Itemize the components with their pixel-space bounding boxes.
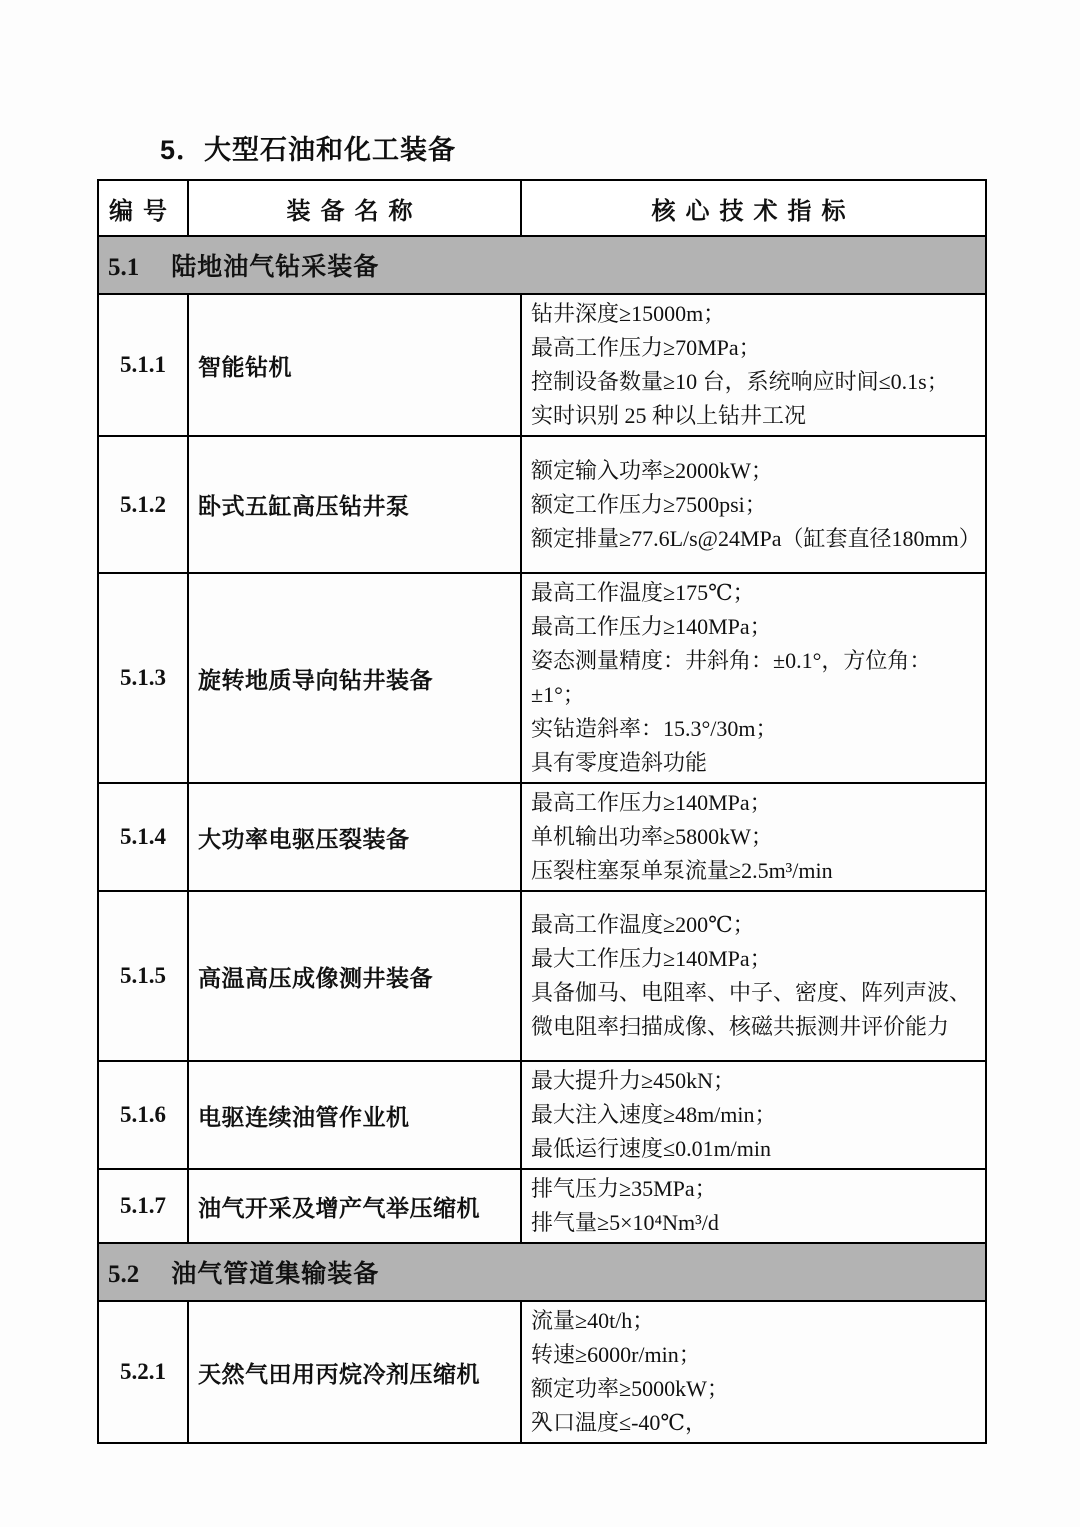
column-header-specs: 核心技术指标: [521, 180, 986, 236]
spec-line: 最高工作压力≥140MPa；: [531, 610, 979, 644]
section-row-5-1: 5.1陆地油气钻采装备: [98, 236, 986, 294]
column-header-name: 装备名称: [188, 180, 521, 236]
section-id: 5.2: [108, 1261, 139, 1288]
equipment-name: 高温高压成像测井装备: [188, 891, 521, 1061]
section-title: 陆地油气钻采装备: [171, 253, 379, 281]
spec-cell: 额定输入功率≥2000kW； 额定工作压力≥7500psi； 额定排量≥77.6…: [521, 436, 986, 573]
spec-cell: 最高工作压力≥140MPa； 单机输出功率≥5800kW； 压裂柱塞泵单泵流量≥…: [521, 783, 986, 891]
table-row-5-1-4: 5.1.4 大功率电驱压裂装备 最高工作压力≥140MPa； 单机输出功率≥58…: [98, 783, 986, 891]
spec-line: 额定输入功率≥2000kW；: [531, 454, 979, 488]
section-id: 5.1: [108, 254, 139, 281]
spec-line: 最高工作压力≥140MPa；: [531, 786, 979, 820]
spec-cell: 排气压力≥35MPa； 排气量≥5×10⁴Nm³/d: [521, 1169, 986, 1243]
table-row-5-1-7: 5.1.7 油气开采及增产气举压缩机 排气压力≥35MPa； 排气量≥5×10⁴…: [98, 1169, 986, 1243]
section-row-5-2: 5.2油气管道集输装备: [98, 1243, 986, 1301]
table-row-5-1-1: 5.1.1 智能钻机 钻井深度≥15000m； 最高工作压力≥70MPa； 控制…: [98, 294, 986, 436]
row-id: 5.1.7: [98, 1169, 188, 1243]
row-id: 5.1.6: [98, 1061, 188, 1169]
row-id: 5.1.3: [98, 573, 188, 783]
spec-line: 钻井深度≥15000m；: [531, 297, 979, 331]
row-id: 5.1.5: [98, 891, 188, 1061]
spec-line: 压裂柱塞泵单泵流量≥2.5m³/min: [531, 854, 979, 888]
spec-line: 具有零度造斜功能: [531, 746, 979, 780]
spec-line: 控制设备数量≥10 台，系统响应时间≤0.1s；: [531, 365, 979, 399]
equipment-name: 电驱连续油管作业机: [188, 1061, 521, 1169]
column-header-id: 编号: [98, 180, 188, 236]
page-title: 5．大型石油和化工装备: [160, 128, 1080, 167]
spec-line: 额定功率≥5000kW；: [531, 1372, 979, 1406]
equipment-name: 油气开采及增产气举压缩机: [188, 1169, 521, 1243]
spec-cell: 最高工作温度≥200℃； 最大工作压力≥140MPa； 具备伽马、电阻率、中子、…: [521, 891, 986, 1061]
equipment-name: 智能钻机: [188, 294, 521, 436]
spec-line: 实钻造斜率：15.3°/30m；: [531, 712, 979, 746]
spec-cell: 钻井深度≥15000m； 最高工作压力≥70MPa； 控制设备数量≥10 台，系…: [521, 294, 986, 436]
spec-line: 最大注入速度≥48m/min；: [531, 1098, 979, 1132]
spec-line: 最大工作压力≥140MPa；: [531, 942, 979, 976]
spec-line: 排气压力≥35MPa；: [531, 1172, 979, 1206]
spec-line: 额定工作压力≥7500psi；: [531, 488, 979, 522]
equipment-spec-table: 编号 装备名称 核心技术指标 5.1陆地油气钻采装备 5.1.1 智能钻机 钻井…: [97, 179, 987, 1444]
table-row-5-1-3: 5.1.3 旋转地质导向钻井装备 最高工作温度≥175℃； 最高工作压力≥140…: [98, 573, 986, 783]
spec-line: 最高工作温度≥175℃；: [531, 576, 979, 610]
spec-line: 最大提升力≥450kN；: [531, 1064, 979, 1098]
spec-line: 实时识别 25 种以上钻井工况: [531, 399, 979, 433]
section-title: 油气管道集输装备: [171, 1260, 379, 1288]
row-id: 5.1.4: [98, 783, 188, 891]
equipment-name: 旋转地质导向钻井装备: [188, 573, 521, 783]
table-row-5-1-5: 5.1.5 高温高压成像测井装备 最高工作温度≥200℃； 最大工作压力≥140…: [98, 891, 986, 1061]
spec-line: 具备伽马、电阻率、中子、密度、阵列声波、微电阻率扫描成像、核磁共振测井评价能力: [531, 976, 979, 1044]
document-page: 5．大型石油和化工装备 编号 装备名称 核心技术指标 5.1陆地油气钻采装备 5…: [0, 0, 1080, 1527]
table-header-row: 编号 装备名称 核心技术指标: [98, 180, 986, 236]
spec-line: 转速≥6000r/min；: [531, 1338, 979, 1372]
table-row-5-1-2: 5.1.2 卧式五缸高压钻井泵 额定输入功率≥2000kW； 额定工作压力≥75…: [98, 436, 986, 573]
section-cell: 5.1陆地油气钻采装备: [98, 236, 986, 294]
spec-line: 单机输出功率≥5800kW；: [531, 820, 979, 854]
spec-line: 额定排量≥77.6L/s@24MPa（缸套直径180mm）: [531, 522, 979, 556]
spec-line: 姿态测量精度：井斜角：±0.1°，方位角：±1°；: [531, 644, 979, 712]
spec-cell: 最高工作温度≥175℃； 最高工作压力≥140MPa； 姿态测量精度：井斜角：±…: [521, 573, 986, 783]
section-cell: 5.2油气管道集输装备: [98, 1243, 986, 1301]
spec-line: 最低运行速度≤0.01m/min: [531, 1132, 979, 1166]
spec-line: 最高工作压力≥70MPa；: [531, 331, 979, 365]
table-row-5-1-6: 5.1.6 电驱连续油管作业机 最大提升力≥450kN； 最大注入速度≥48m/…: [98, 1061, 986, 1169]
equipment-name: 大功率电驱压裂装备: [188, 783, 521, 891]
spec-line: 排气量≥5×10⁴Nm³/d: [531, 1206, 979, 1240]
row-id: 5.1.1: [98, 294, 188, 436]
row-id: 5.1.2: [98, 436, 188, 573]
spec-line: 最高工作温度≥200℃；: [531, 908, 979, 942]
page-number: 20: [0, 1408, 1080, 1428]
spec-line: 流量≥40t/h；: [531, 1304, 979, 1338]
equipment-name: 卧式五缸高压钻井泵: [188, 436, 521, 573]
spec-cell: 最大提升力≥450kN； 最大注入速度≥48m/min； 最低运行速度≤0.01…: [521, 1061, 986, 1169]
